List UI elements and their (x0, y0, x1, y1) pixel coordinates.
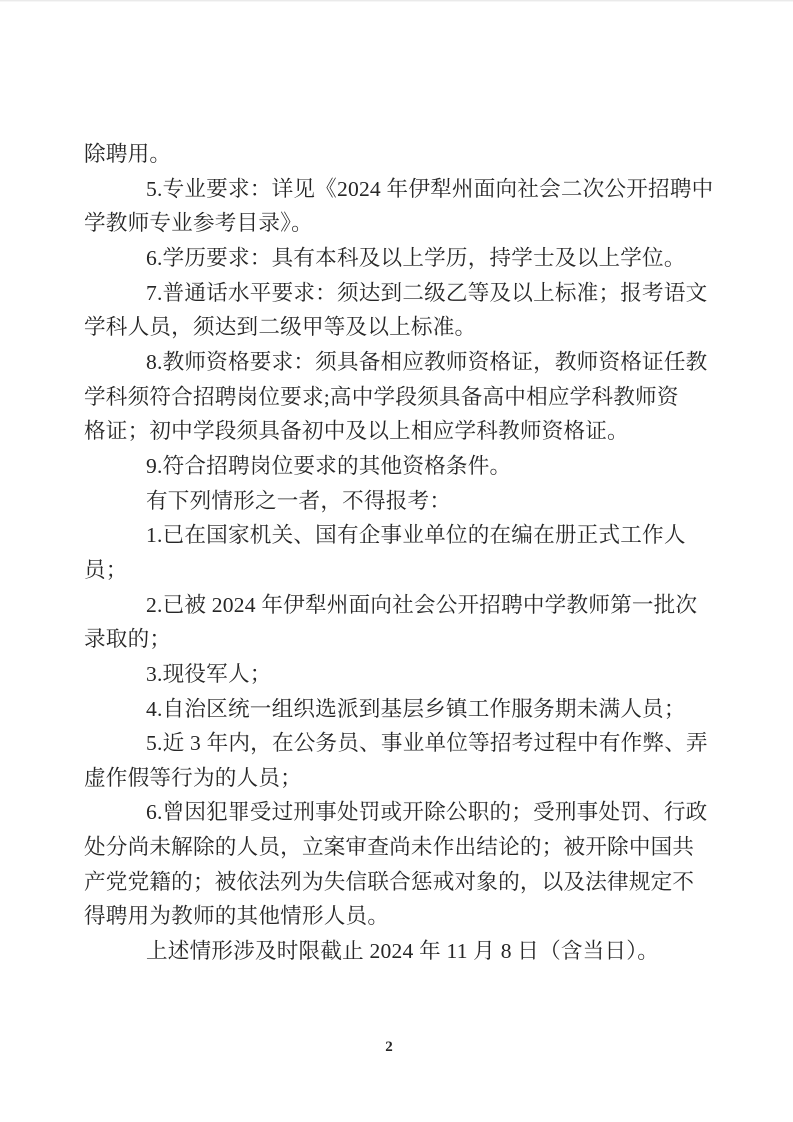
text-line: 有下列情形之一者，不得报考： (84, 484, 712, 519)
text-line: 格证；初中学段须具备初中及以上相应学科教师资格证。 (84, 414, 712, 449)
text-line: 5.近 3 年内，在公务员、事业单位等招考过程中有作弊、弄 (84, 726, 712, 761)
text-line: 2.已被 2024 年伊犁州面向社会公开招聘中学教师第一批次 (84, 588, 712, 623)
text-line: 学教师专业参考目录》。 (84, 206, 712, 241)
text-line: 7.普通话水平要求：须达到二级乙等及以上标准；报考语文 (84, 276, 712, 311)
text-line: 8.教师资格要求：须具备相应教师资格证，教师资格证任教 (84, 345, 712, 380)
text-line: 录取的； (84, 622, 712, 657)
text-line: 产党党籍的；被依法列为失信联合惩戒对象的，以及法律规定不 (84, 865, 712, 900)
text-line: 处分尚未解除的人员，立案审查尚未作出结论的；被开除中国共 (84, 830, 712, 865)
text-line: 虚作假等行为的人员； (84, 761, 712, 796)
document-page: 除聘用。5.专业要求：详见《2024 年伊犁州面向社会二次公开招聘中学教师专业参… (0, 0, 793, 1122)
page-top-edge (0, 0, 793, 2)
page-number: 2 (0, 1036, 778, 1058)
text-line: 3.现役军人； (84, 657, 712, 692)
text-line: 4.自治区统一组织选派到基层乡镇工作服务期未满人员； (84, 692, 712, 727)
text-line: 学科须符合招聘岗位要求;高中学段须具备高中相应学科教师资 (84, 380, 712, 415)
document-body: 除聘用。5.专业要求：详见《2024 年伊犁州面向社会二次公开招聘中学教师专业参… (84, 137, 712, 969)
text-line: 得聘用为教师的其他情形人员。 (84, 899, 712, 934)
text-line: 1.已在国家机关、国有企事业单位的在编在册正式工作人 (84, 518, 712, 553)
text-line: 5.专业要求：详见《2024 年伊犁州面向社会二次公开招聘中 (84, 172, 712, 207)
text-line: 员； (84, 553, 712, 588)
text-line: 除聘用。 (84, 137, 712, 172)
text-line: 6.学历要求：具有本科及以上学历，持学士及以上学位。 (84, 241, 712, 276)
text-line: 6.曾因犯罪受过刑事处罚或开除公职的；受刑事处罚、行政 (84, 795, 712, 830)
text-line: 9.符合招聘岗位要求的其他资格条件。 (84, 449, 712, 484)
text-line: 上述情形涉及时限截止 2024 年 11 月 8 日（含当日）。 (84, 934, 712, 969)
text-line: 学科人员，须达到二级甲等及以上标准。 (84, 310, 712, 345)
